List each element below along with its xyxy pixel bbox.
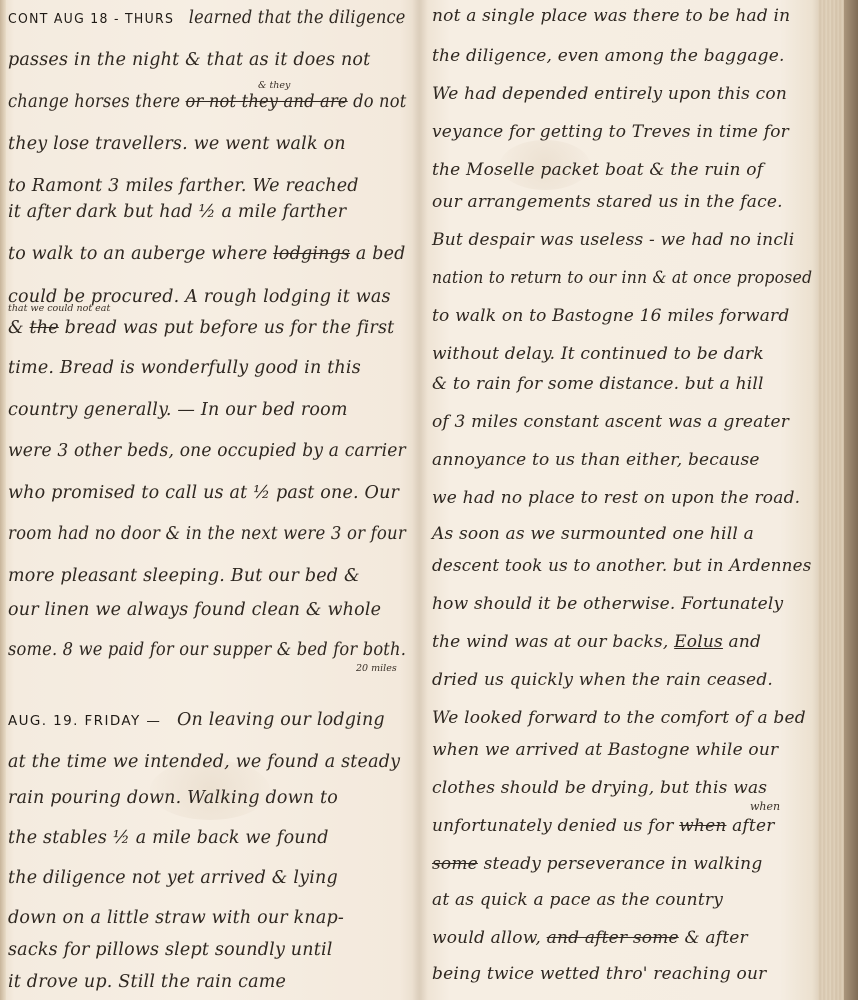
journal-line: change horses there or not they and are … <box>8 92 406 112</box>
journal-line: nation to return to our inn & at once pr… <box>432 268 812 288</box>
journal-line: annoyance to us than either, because <box>432 450 760 470</box>
struck-text: when <box>679 816 726 836</box>
struck-text: and after some <box>547 928 679 948</box>
journal-line: But despair was useless - we had no incl… <box>432 230 794 250</box>
journal-line: without delay. It continued to be dark <box>432 344 764 364</box>
journal-line: were 3 other beds, one occupied by a car… <box>8 441 406 461</box>
journal-line: unfortunately denied us for when after <box>432 816 775 836</box>
interlinear-insert: when <box>750 800 780 813</box>
interlinear-insert: & they <box>258 80 290 91</box>
date-heading: AUG. 19. FRIDAY — <box>8 713 161 729</box>
journal-line: country generally. — In our bed room <box>8 400 348 420</box>
journal-line: veyance for getting to Treves in time fo… <box>432 122 789 142</box>
journal-line: We looked forward to the comfort of a be… <box>432 708 806 728</box>
struck-text: lodgings <box>273 244 350 264</box>
interlinear-insert: that we could not eat <box>8 303 110 314</box>
journal-line: our arrangements stared us in the face. <box>432 192 783 212</box>
journal-line: at the time we intended, we found a stea… <box>8 752 400 772</box>
journal-line: dried us quickly when the rain ceased. <box>432 670 773 690</box>
journal-line: time. Bread is wonderfully good in this <box>8 358 361 378</box>
journal-line: We had depended entirely upon this con <box>432 84 787 104</box>
journal-line: sacks for pillows slept soundly until <box>8 940 333 960</box>
journal-line: the wind was at our backs, Eolus and <box>432 632 761 652</box>
journal-line: the Moselle packet boat & the ruin of <box>432 160 763 180</box>
journal-line: As soon as we surmounted one hill a <box>432 524 754 544</box>
date-heading: CONT AUG 18 - THURS <box>8 11 174 27</box>
journal-line: the diligence, even among the baggage. <box>432 46 785 66</box>
journal-line: our linen we always found clean & whole <box>8 600 381 620</box>
journal-line: it after dark but had ½ a mile farther <box>8 202 346 222</box>
journal-line: not a single place was there to be had i… <box>432 6 790 26</box>
book-gutter <box>412 0 428 1000</box>
journal-line: to walk on to Bastogne 16 miles forward <box>432 306 789 326</box>
right-page-fore-edge <box>818 0 858 1000</box>
journal-line: room had no door & in the next were 3 or… <box>8 524 406 544</box>
journal-line: they lose travellers. we went walk on <box>8 134 346 154</box>
journal-spread: CONT AUG 18 - THURS learned that the dil… <box>0 0 858 1000</box>
journal-line: & to rain for some distance. but a hill <box>432 374 764 394</box>
right-page: not a single place was there to be had i… <box>432 0 818 1000</box>
journal-line: more pleasant sleeping. But our bed & <box>8 566 360 586</box>
journal-line: CONT AUG 18 - THURS learned that the dil… <box>8 8 406 28</box>
journal-line: to Ramont 3 miles farther. We reached <box>8 176 359 196</box>
journal-line: being twice wetted thro' reaching our <box>432 964 766 984</box>
journal-line: some steady perseverance in walking <box>432 854 762 874</box>
journal-line: we had no place to rest on upon the road… <box>432 488 800 508</box>
struck-text: Eolus <box>674 632 723 652</box>
journal-line: down on a little straw with our knap- <box>8 908 344 928</box>
left-page-edge <box>0 0 6 1000</box>
journal-line: rain pouring down. Walking down to <box>8 788 338 808</box>
journal-line: when we arrived at Bastogne while our <box>432 740 778 760</box>
struck-text: or not they and are <box>186 92 348 112</box>
journal-line: how should it be otherwise. Fortunately <box>432 594 783 614</box>
journal-line: it drove up. Still the rain came <box>8 972 286 992</box>
journal-line: the diligence not yet arrived & lying <box>8 868 338 888</box>
journal-line: AUG. 19. FRIDAY — On leaving our lodging <box>8 710 385 730</box>
journal-line: who promised to call us at ½ past one. O… <box>8 483 399 503</box>
journal-line: would allow, and after some & after <box>432 928 748 948</box>
journal-line: to walk to an auberge where lodgings a b… <box>8 244 405 264</box>
journal-line: of 3 miles constant ascent was a greater <box>432 412 789 432</box>
journal-line: & the bread was put before us for the fi… <box>8 318 394 338</box>
struck-text: some <box>432 854 478 874</box>
journal-line: some. 8 we paid for our supper & bed for… <box>8 640 406 660</box>
mileage-note: 20 miles <box>356 663 397 674</box>
left-page: CONT AUG 18 - THURS learned that the dil… <box>8 0 412 1000</box>
journal-line: at as quick a pace as the country <box>432 890 723 910</box>
journal-line: the stables ½ a mile back we found <box>8 828 329 848</box>
struck-text: the <box>30 318 59 338</box>
journal-line: passes in the night & that as it does no… <box>8 50 370 70</box>
journal-line: descent took us to another. but in Arden… <box>432 556 812 576</box>
journal-line: clothes should be drying, but this was <box>432 778 767 798</box>
